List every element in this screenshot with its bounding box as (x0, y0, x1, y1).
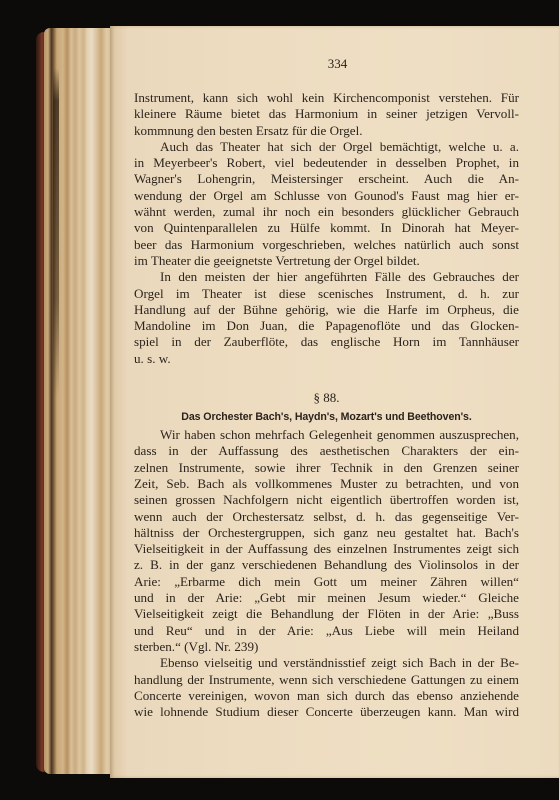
text-line: dass in der Auffassung des aesthetischen… (134, 443, 519, 459)
text-line: Handlung auf der Bühne gehörig, wie die … (134, 302, 519, 318)
text-line: kommnung den besten Ersatz für die Orgel… (134, 123, 519, 139)
text-line: spiel in der Zauberflöte, das englische … (134, 334, 519, 350)
book: 334 Instrument, kann sich wohl kein Kirc… (36, 26, 559, 778)
text-line: Zeit, Seb. Bach als vollkommenes Muster … (134, 476, 519, 492)
text-line: In den meisten der hier angeführten Fäll… (134, 269, 519, 285)
text-line: wenn auch der Orchestersatz selbst, d. h… (134, 509, 519, 525)
text-line: von Quintenparallelen zu Hülfe kommt. In… (134, 220, 519, 236)
text-line: hältniss der Orchestergruppen, sich ganz… (134, 525, 519, 541)
text-line: beer das Harmonium vorgeschrieben, welch… (134, 237, 519, 253)
text-line: wendung der Orgel am Schlusse von Gounod… (134, 188, 519, 204)
text-line: kleinere Räume bietet das Harmonium in s… (134, 106, 519, 122)
book-page: 334 Instrument, kann sich wohl kein Kirc… (110, 26, 559, 778)
section-number: § 88. (134, 389, 519, 407)
section-title: Das Orchester Bach's, Haydn's, Mozart's … (147, 407, 505, 427)
text-line: Auch das Theater hat sich der Orgel bemä… (134, 139, 519, 155)
text-line: wie lohnende Studium dieser Concerte übe… (134, 704, 519, 720)
text-line: und Reu“ und in der Arie: „Aus Liebe wil… (134, 623, 519, 639)
text-line: zelnen Instrumente, sowie ihrer Technik … (134, 460, 519, 476)
paragraph: Ebenso vielseitig und verständnisstief z… (134, 655, 519, 720)
text-line: Vielseitigkeit in der Auffassung des ein… (134, 541, 519, 557)
text-line: handlung der Instrumente, wenn sich vers… (134, 672, 519, 688)
text-line: z. B. in der ganz verschiedenen Behandlu… (134, 557, 519, 573)
page-stack-edge (44, 28, 112, 774)
text-line: Arie: „Erbarme dich mein Gott um meiner … (134, 574, 519, 590)
page-number: 334 (110, 56, 559, 72)
text-line: in Meyerbeer's Robert, viel bedeutender … (134, 155, 519, 171)
text-line: Mandoline im Don Juan, die Papagenoflöte… (134, 318, 519, 334)
text-line: im Theater die geeignetste Vertretung de… (134, 253, 519, 269)
text-line: seinen grossen Nachfolgern nicht eigentl… (134, 492, 519, 508)
text-line: Ebenso vielseitig und verständnisstief z… (134, 655, 519, 671)
text-line: Orgel im Theater ist diese scenisches In… (134, 286, 519, 302)
paragraph: Instrument, kann sich wohl kein Kirchenc… (134, 90, 519, 139)
text-line: Wir haben schon mehrfach Gelegenheit gen… (134, 427, 519, 443)
text-line: wähnt werden, zumal ihr noch ein besonde… (134, 204, 519, 220)
text-line: sterben.“ (Vgl. Nr. 239) (134, 639, 519, 655)
page-text: Instrument, kann sich wohl kein Kirchenc… (134, 90, 519, 720)
paragraph: In den meisten der hier angeführten Fäll… (134, 269, 519, 367)
text-line: Vielseitigkeit zeigt die Behandlung der … (134, 606, 519, 622)
text-line: u. s. w. (134, 351, 519, 367)
text-line: und in der Arie: „Gebt mir meinen Jesum … (134, 590, 519, 606)
text-line: Concerte vereinigen, wovon man sich durc… (134, 688, 519, 704)
text-line: Wagner's Lohengrin, Meistersinger ersche… (134, 171, 519, 187)
paragraph: Wir haben schon mehrfach Gelegenheit gen… (134, 427, 519, 655)
text-line: Instrument, kann sich wohl kein Kirchenc… (134, 90, 519, 106)
paragraph: Auch das Theater hat sich der Orgel bemä… (134, 139, 519, 269)
